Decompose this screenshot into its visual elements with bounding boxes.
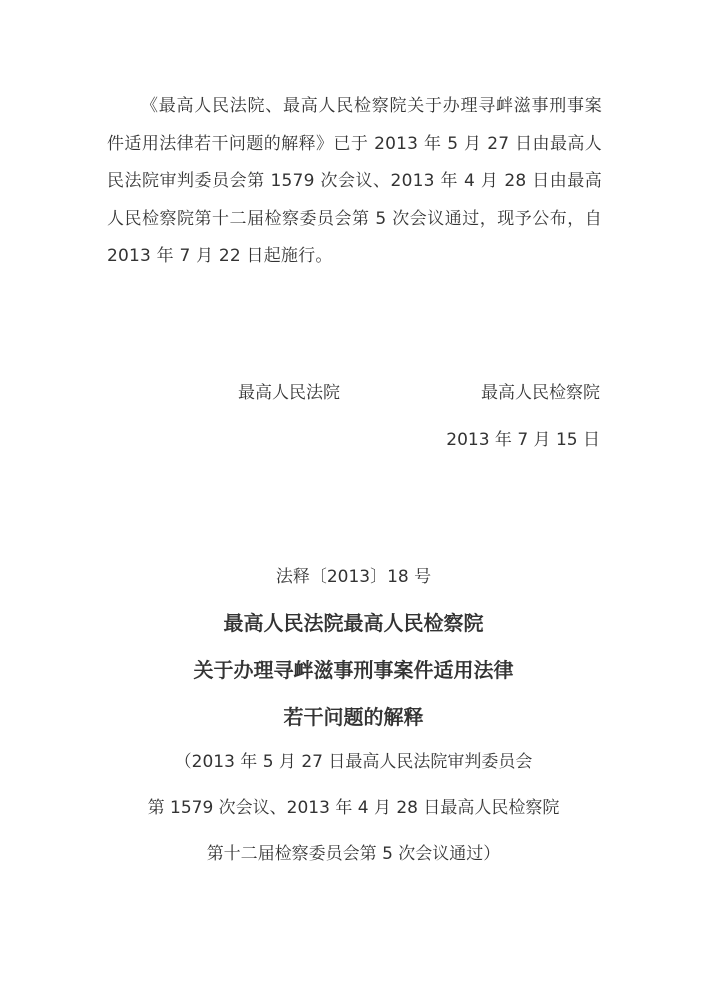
document-title-line-1: 最高人民法院最高人民检察院 (0, 607, 707, 636)
signature-court: 最高人民法院 (238, 378, 340, 403)
adoption-note-line-1: （2013 年 5 月 27 日最高人民法院审判委员会 (0, 747, 707, 772)
document-title-line-3: 若干问题的解释 (0, 701, 707, 730)
announcement-paragraph: 《最高人民法院、最高人民检察院关于办理寻衅滋事刑事案件适用法律若干问题的解释》已… (107, 88, 602, 276)
document-number: 法释〔2013〕18 号 (0, 562, 707, 587)
signature-procuratorate: 最高人民检察院 (481, 378, 600, 403)
adoption-note-line-2: 第 1579 次会议、2013 年 4 月 28 日最高人民检察院 (0, 793, 707, 818)
document-title-line-2: 关于办理寻衅滋事刑事案件适用法律 (0, 654, 707, 683)
signature-date: 2013 年 7 月 15 日 (446, 425, 600, 450)
adoption-note-line-3: 第十二届检察委员会第 5 次会议通过） (0, 839, 707, 864)
